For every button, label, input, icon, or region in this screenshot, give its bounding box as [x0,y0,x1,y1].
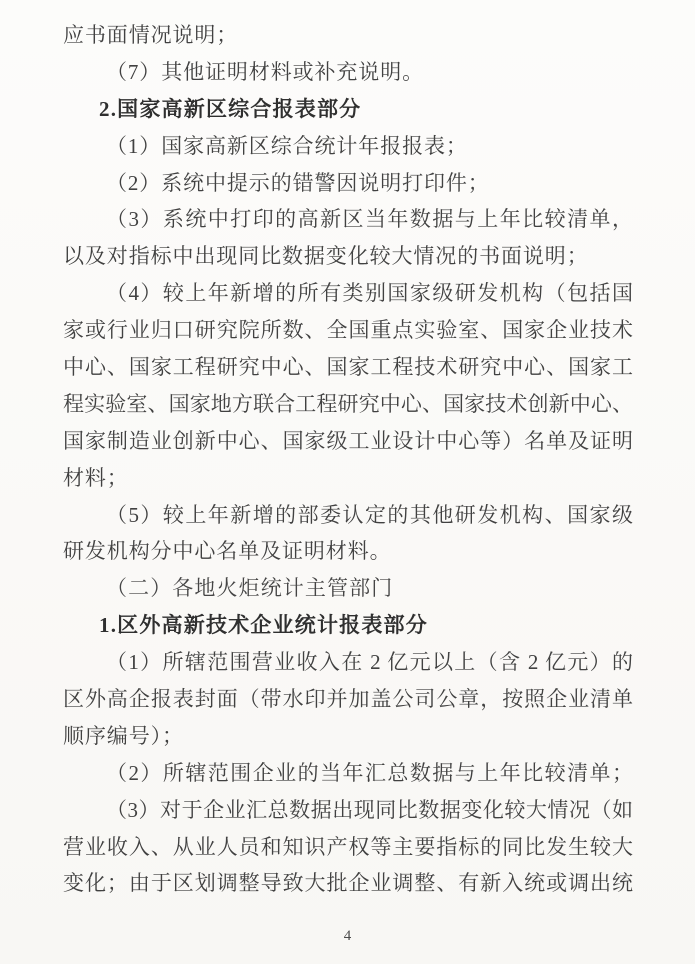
text-line-18: 区外高企报表封面（带水印并加盖公司公章，按照企业清单 [63,681,633,718]
page-number: 4 [0,925,695,947]
text-line-12: 材料； [63,460,633,497]
text-line-22: 营业收入、从业人员和知识产权等主要指标的同比发生较大 [63,829,633,866]
text-line-15: （二）各地火炬统计主管部门 [63,570,633,607]
text-line-6: 以及对指标中出现同比数据变化较大情况的书面说明； [63,238,633,275]
text-line-14: 研发机构分中心名单及证明材料。 [63,533,633,570]
text-line-5: （3）系统中打印的高新区当年数据与上年比较清单， [63,201,633,238]
text-line-9: 中心、国家工程研究中心、国家工程技术研究中心、国家工 [63,349,633,386]
text-line-4: （2）系统中提示的错警因说明打印件； [63,165,633,202]
text-line-0: 应书面情况说明； [63,17,633,54]
document-body: 应书面情况说明；（7）其他证明材料或补充说明。2.国家高新区综合报表部分（1）国… [63,17,633,902]
text-line-11: 国家制造业创新中心、国家级工业设计中心等）名单及证明 [63,423,633,460]
text-line-2: 2.国家高新区综合报表部分 [63,91,633,128]
document-page: 应书面情况说明；（7）其他证明材料或补充说明。2.国家高新区综合报表部分（1）国… [0,0,695,964]
text-line-10: 程实验室、国家地方联合工程研究中心、国家技术创新中心、 [63,386,633,423]
text-line-19: 顺序编号）； [63,718,633,755]
text-line-8: 家或行业归口研究院所数、全国重点实验室、国家企业技术 [63,312,633,349]
text-line-13: （5）较上年新增的部委认定的其他研发机构、国家级 [63,497,633,534]
text-line-20: （2）所辖范围企业的当年汇总数据与上年比较清单； [63,755,633,792]
text-line-1: （7）其他证明材料或补充说明。 [63,54,633,91]
text-line-21: （3）对于企业汇总数据出现同比数据变化较大情况（如 [63,792,633,829]
text-line-16: 1.区外高新技术企业统计报表部分 [63,607,633,644]
text-line-17: （1）所辖范围营业收入在 2 亿元以上（含 2 亿元）的 [63,644,633,681]
text-line-3: （1）国家高新区综合统计年报报表； [63,128,633,165]
text-line-23: 变化；由于区划调整导致大批企业调整、有新入统或调出统 [63,865,633,902]
text-line-7: （4）较上年新增的所有类别国家级研发机构（包括国 [63,275,633,312]
